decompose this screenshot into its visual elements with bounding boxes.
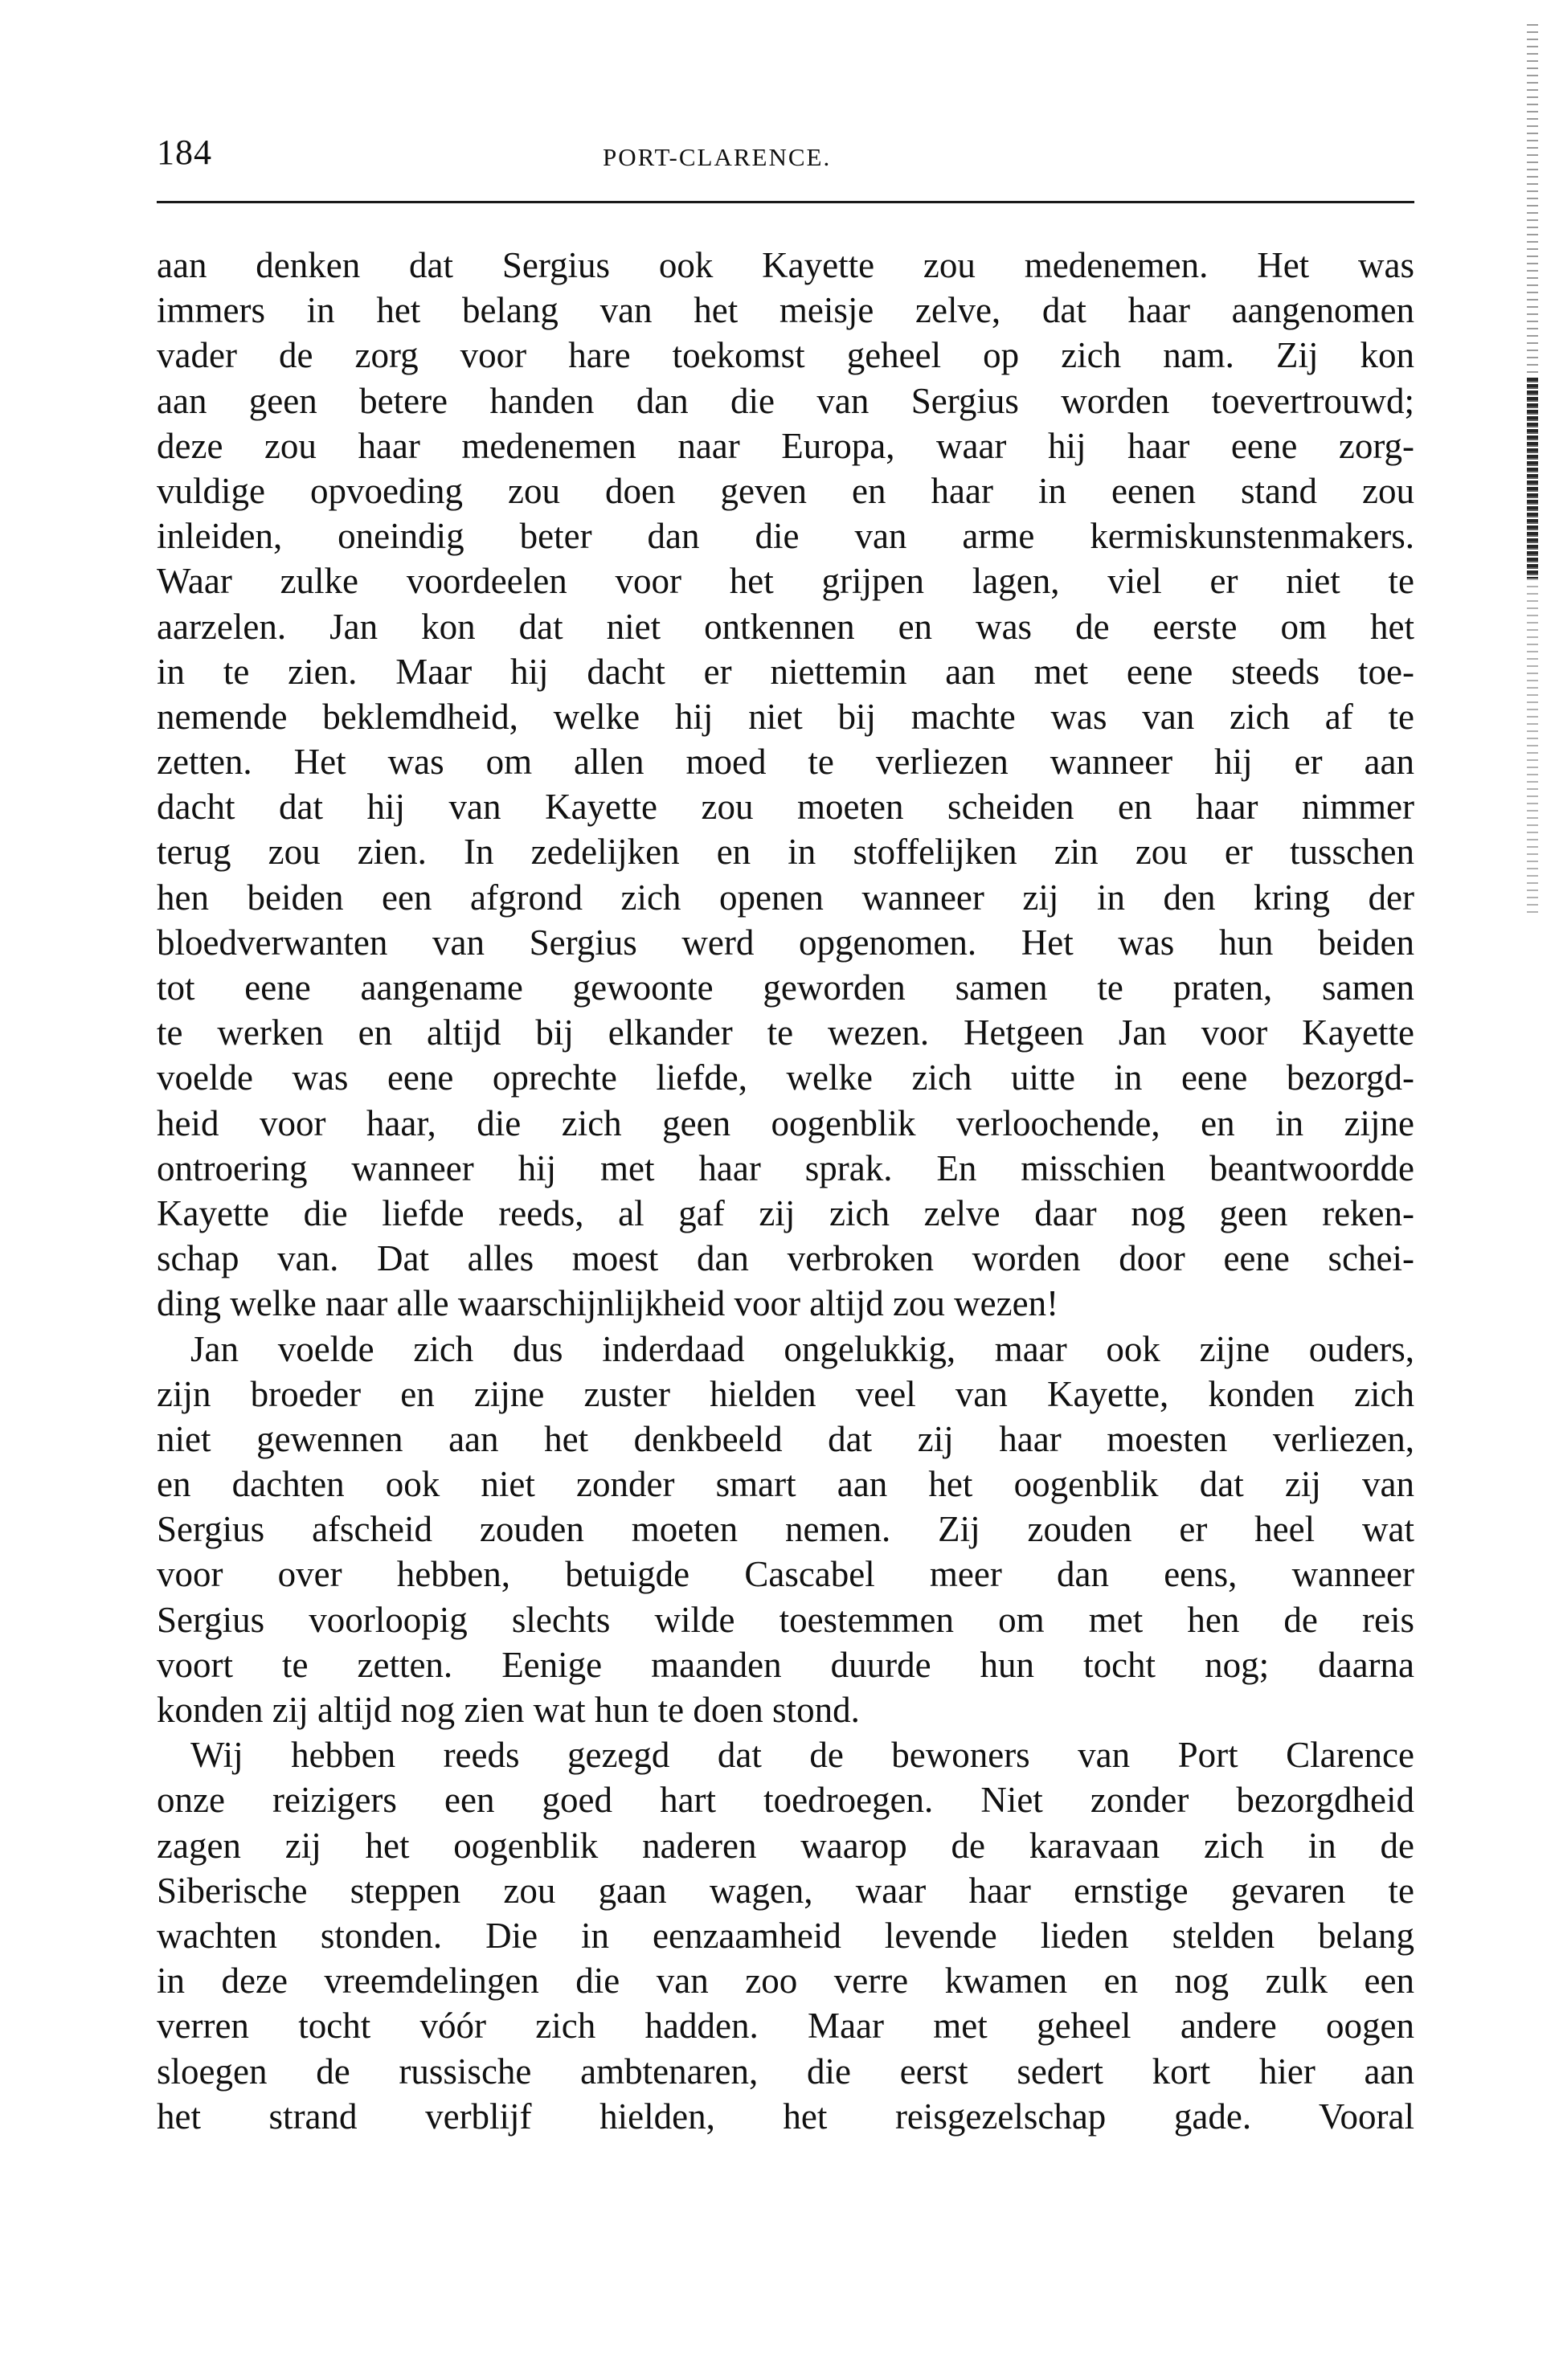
text-line: bloedverwanten van Sergius werd opgenome… <box>157 920 1414 965</box>
text-line: schap van. Dat alles moest dan verbroken… <box>157 1236 1414 1281</box>
text-line: aarzelen. Jan kon dat niet ontkennen en … <box>157 604 1414 649</box>
text-line: Jan voelde zich dus inderdaad ongelukkig… <box>157 1327 1414 1372</box>
text-line: Wij hebben reeds gezegd dat de bewoners … <box>157 1732 1414 1777</box>
text-line: het strand verblijf hielden, het reisgez… <box>157 2094 1414 2139</box>
text-line: hen beiden een afgrond zich openen wanne… <box>157 875 1414 920</box>
text-line: ontroering wanneer hij met haar sprak. E… <box>157 1146 1414 1191</box>
text-line: wachten stonden. Die in eenzaamheid leve… <box>157 1913 1414 1958</box>
scan-edge-artifact <box>1527 378 1538 579</box>
text-line: zijn broeder en zijne zuster hielden vee… <box>157 1372 1414 1417</box>
text-line: niet gewennen aan het denkbeeld dat zij … <box>157 1417 1414 1462</box>
text-line: sloegen de russische ambtenaren, die eer… <box>157 2049 1414 2094</box>
text-line: Siberische steppen zou gaan wagen, waar … <box>157 1868 1414 1913</box>
text-line: inleiden, oneindig beter dan die van arm… <box>157 513 1414 558</box>
text-line: deze zou haar medenemen naar Europa, waa… <box>157 423 1414 468</box>
text-line: onze reizigers een goed hart toedroegen.… <box>157 1777 1414 1822</box>
text-line: Sergius afscheid zouden moeten nemen. Zi… <box>157 1507 1414 1552</box>
text-line: aan denken dat Sergius ook Kayette zou m… <box>157 243 1414 288</box>
text-line: en dachten ook niet zonder smart aan het… <box>157 1462 1414 1507</box>
text-line: aan geen betere handen dan die van Sergi… <box>157 378 1414 423</box>
text-line: tot eene aangename gewoonte geworden sam… <box>157 965 1414 1010</box>
text-line: ding welke naar alle waarschijnlijkheid … <box>157 1281 1414 1326</box>
text-line: in te zien. Maar hij dacht er niettemin … <box>157 649 1414 694</box>
running-head: 184 PORT-CLARENCE. <box>157 129 1414 177</box>
text-line: voelde was eene oprechte liefde, welke z… <box>157 1055 1414 1100</box>
text-line: voor over hebben, betuigde Cascabel meer… <box>157 1552 1414 1597</box>
page-number: 184 <box>157 129 212 177</box>
text-line: vuldige opvoeding zou doen geven en haar… <box>157 468 1414 513</box>
text-line: zetten. Het was om allen moed te verliez… <box>157 739 1414 784</box>
book-page: 184 PORT-CLARENCE. aan denken dat Sergiu… <box>0 0 1559 2380</box>
running-title: PORT-CLARENCE. <box>603 133 831 182</box>
scan-edge-artifact <box>1527 579 1538 916</box>
text-line: te werken en altijd bij elkander te weze… <box>157 1010 1414 1055</box>
text-line: Kayette die liefde reeds, al gaf zij zic… <box>157 1191 1414 1236</box>
text-line: voort te zetten. Eenige maanden duurde h… <box>157 1642 1414 1687</box>
text-line: nemende beklemdheid, welke hij niet bij … <box>157 694 1414 739</box>
text-line: heid voor haar, die zich geen oogenblik … <box>157 1101 1414 1146</box>
text-line: dacht dat hij van Kayette zou moeten sch… <box>157 784 1414 829</box>
body-text: aan denken dat Sergius ook Kayette zou m… <box>157 243 1414 2139</box>
text-line: terug zou zien. In zedelijken en in stof… <box>157 829 1414 874</box>
scan-edge-artifact <box>1527 24 1538 378</box>
text-line: Waar zulke voordeelen voor het grijpen l… <box>157 558 1414 603</box>
text-line: vader de zorg voor hare toekomst geheel … <box>157 333 1414 378</box>
header-rule-divider <box>157 201 1414 203</box>
text-line: immers in het belang van het meisje zelv… <box>157 288 1414 333</box>
text-line: in deze vreemdelingen die van zoo verre … <box>157 1958 1414 2003</box>
text-line: zagen zij het oogenblik naderen waarop d… <box>157 1823 1414 1868</box>
text-line: verren tocht vóór zich hadden. Maar met … <box>157 2003 1414 2048</box>
text-line: konden zij altijd nog zien wat hun te do… <box>157 1687 1414 1732</box>
text-line: Sergius voorloopig slechts wilde toestem… <box>157 1597 1414 1642</box>
